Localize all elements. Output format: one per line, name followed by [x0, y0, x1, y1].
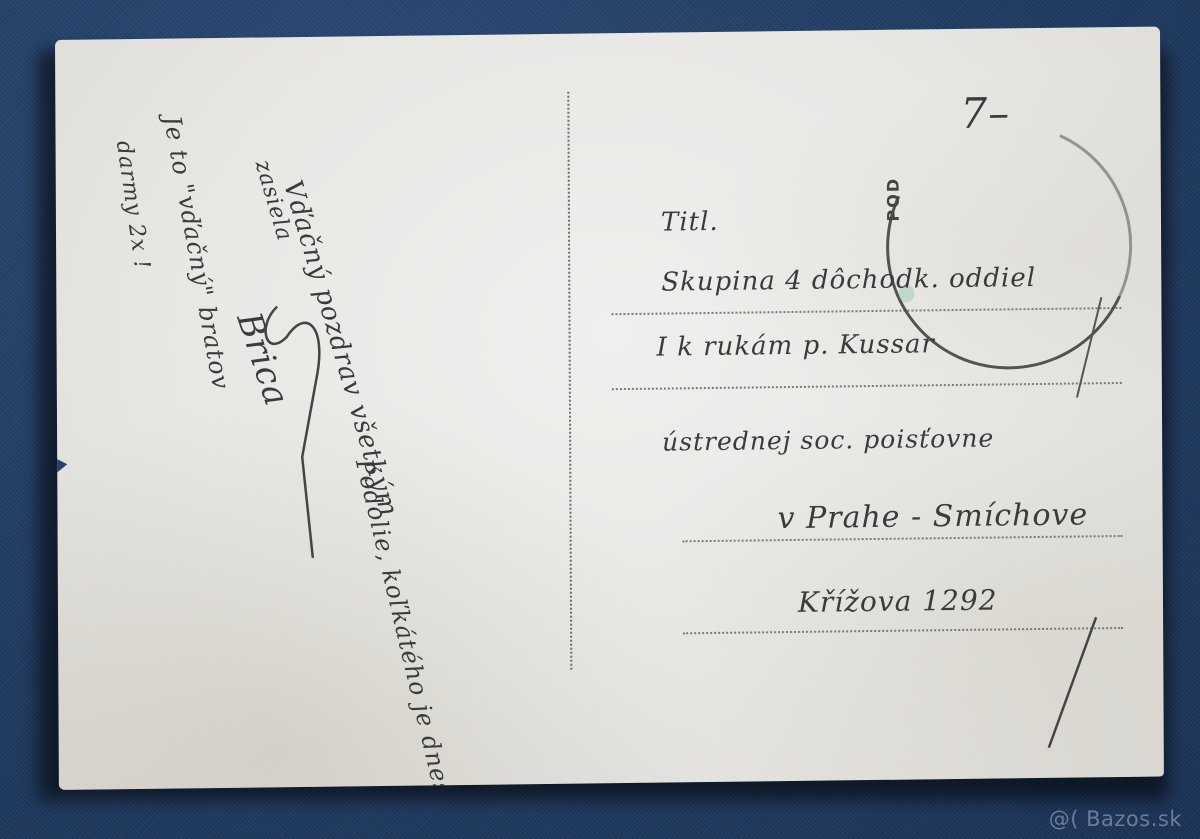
address-line-text-5: Křížova 1292	[798, 583, 998, 618]
postcard: POD 7– Titl. Skupina 4 dôchodk. oddiel I…	[55, 26, 1164, 789]
signature-flourish	[256, 287, 337, 568]
pen-stroke-diagonal	[1006, 287, 1128, 748]
postmark-text: POD	[884, 177, 903, 222]
corner-mark: 7–	[960, 88, 1010, 138]
address-line-text-2: I k rukám p. Kussar	[657, 329, 935, 362]
address-line-text-1: Skupina 4 dôchodk. oddiel	[661, 263, 1036, 298]
address-line-text-3: ústrednej soc. poisťovne	[662, 424, 994, 457]
watermark: @( Bazos.sk	[1049, 807, 1182, 831]
address-title: Titl.	[661, 207, 719, 238]
